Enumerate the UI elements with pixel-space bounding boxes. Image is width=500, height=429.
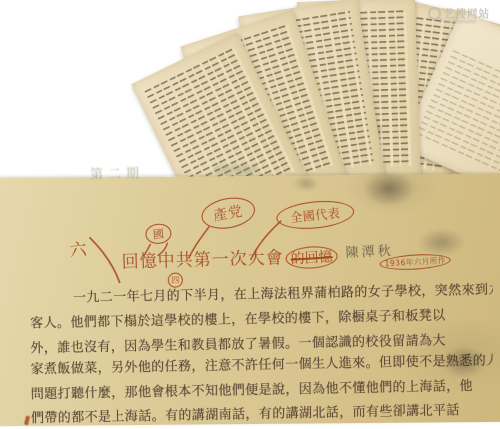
title-text: 回憶中共第一次大會: [121, 243, 284, 272]
green-pencil-smear: [213, 165, 257, 174]
author-name: 陳潭秋: [345, 240, 394, 261]
magnifier-icon: [428, 7, 441, 20]
watermark: 艺搜网站: [428, 6, 490, 21]
auction-photo: 六 國 產党 全國代表 回憶中共第一次大會 的回憶 陳潭秋 1936年六月所作 …: [0, 0, 500, 429]
manuscript-main-page: 六 國 產党 全國代表 回憶中共第一次大會 的回憶 陳潭秋 1936年六月所作 …: [0, 174, 500, 426]
section-number: 六: [69, 235, 88, 261]
green-pencil-note: 第二期: [90, 163, 144, 183]
watermark-subtext-bar: [444, 20, 476, 23]
watermark-text: 艺搜网站: [444, 6, 490, 21]
